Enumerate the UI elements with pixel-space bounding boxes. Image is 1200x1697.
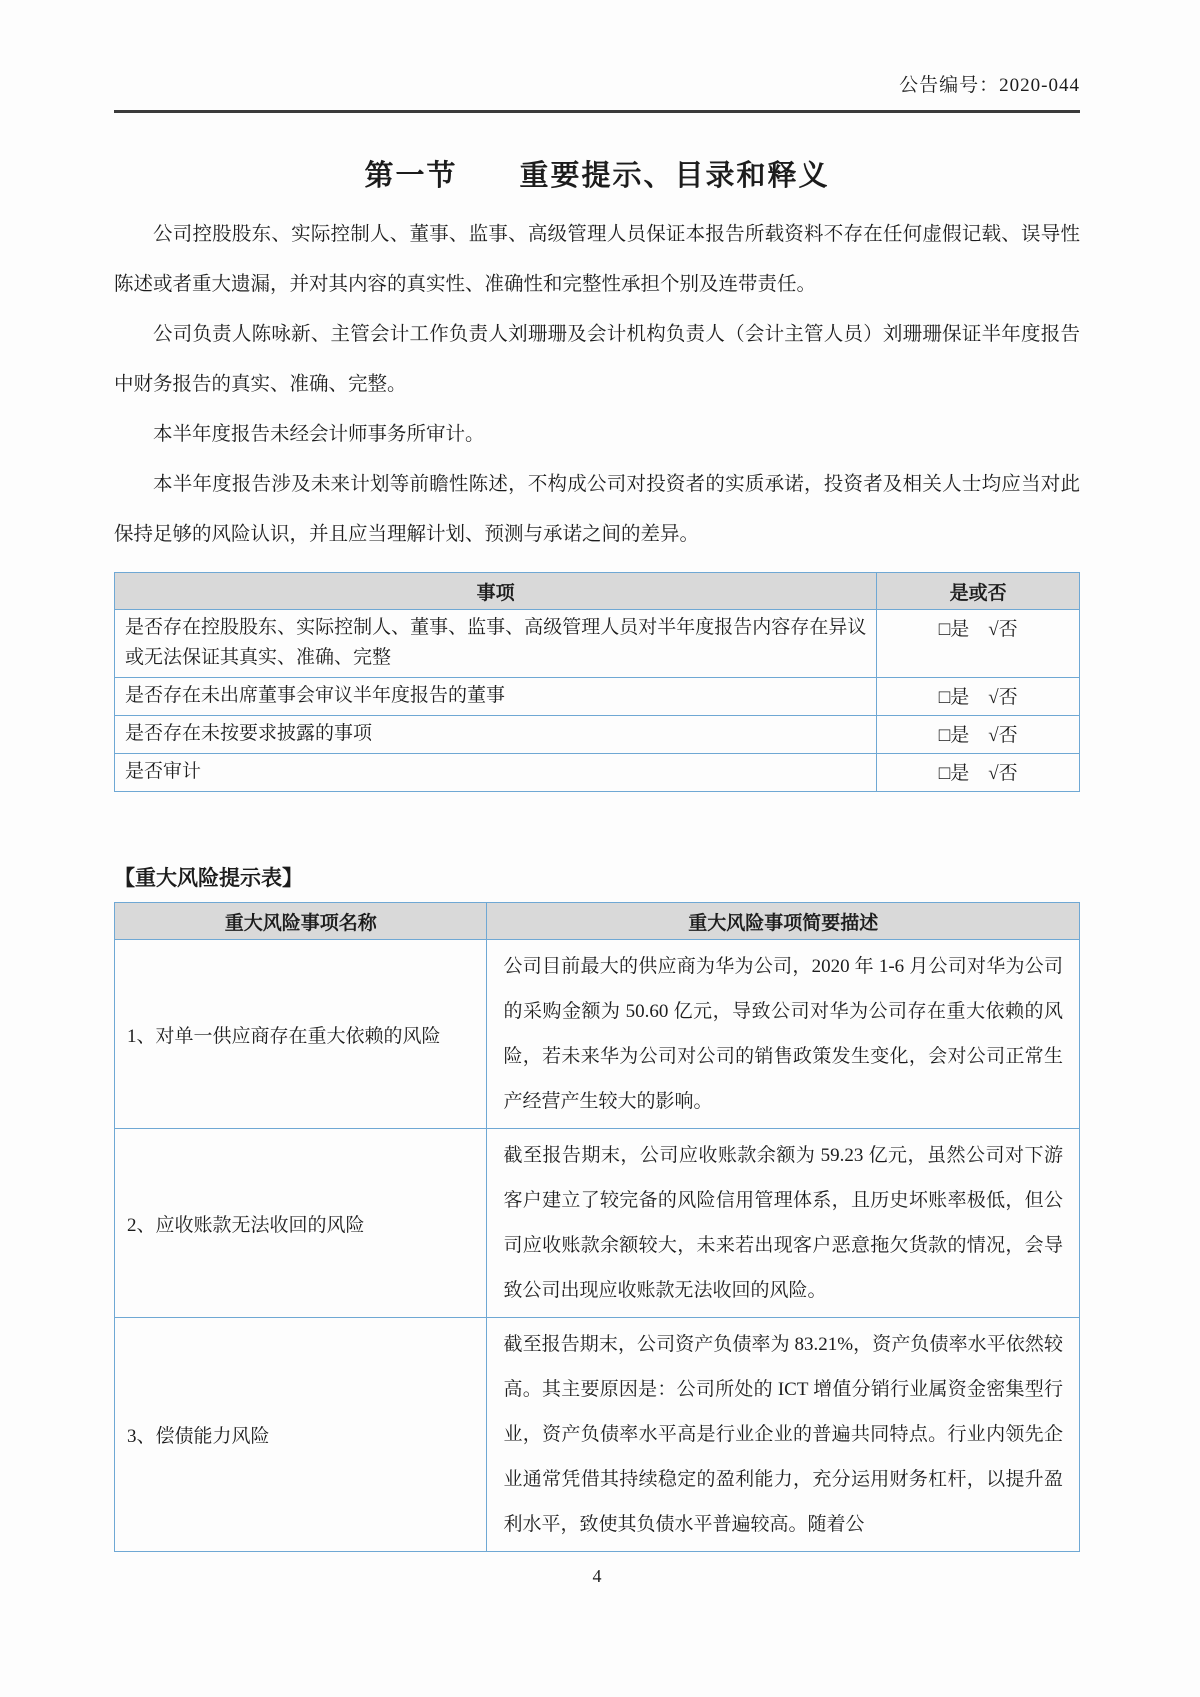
risk-name: 1、对单一供应商存在重大依赖的风险	[115, 940, 487, 1129]
intro-paragraphs: 公司控股股东、实际控制人、董事、监事、高级管理人员保证本报告所载资料不存在任何虚…	[114, 210, 1080, 560]
paragraph-directors-guarantee: 公司控股股东、实际控制人、董事、监事、高级管理人员保证本报告所载资料不存在任何虚…	[114, 210, 1080, 310]
table-row: 3、偿债能力风险 截至报告期末，公司资产负债率为 83.21%，资产负债率水平依…	[115, 1318, 1080, 1552]
paragraph-responsible-persons: 公司负责人陈咏新、主管会计工作负责人刘珊珊及会计机构负责人（会计主管人员）刘珊珊…	[114, 310, 1080, 410]
table-row: 是否存在控股股东、实际控制人、董事、监事、高级管理人员对半年度报告内容存在异议或…	[115, 610, 1080, 678]
statement-table-header-row: 事项 是或否	[115, 573, 1080, 610]
risk-description: 截至报告期末，公司应收账款余额为 59.23 亿元，虽然公司对下游客户建立了较完…	[487, 1129, 1080, 1318]
statement-answer: □是 √否	[877, 678, 1080, 716]
statement-item: 是否存在未出席董事会审议半年度报告的董事	[115, 678, 877, 716]
statement-table-section: 事项 是或否 是否存在控股股东、实际控制人、董事、监事、高级管理人员对半年度报告…	[114, 572, 1080, 792]
table-row: 是否存在未按要求披露的事项 □是 √否	[115, 716, 1080, 754]
risk-name: 2、应收账款无法收回的风险	[115, 1129, 487, 1318]
paragraph-unaudited: 本半年度报告未经会计师事务所审计。	[114, 410, 1080, 460]
column-header-risk-description: 重大风险事项简要描述	[487, 903, 1080, 940]
statement-item: 是否存在控股股东、实际控制人、董事、监事、高级管理人员对半年度报告内容存在异议或…	[115, 610, 877, 678]
table-row: 是否审计 □是 √否	[115, 754, 1080, 792]
statement-item: 是否审计	[115, 754, 877, 792]
statement-answer: □是 √否	[877, 716, 1080, 754]
page-title: 第一节 重要提示、目录和释义	[114, 153, 1080, 194]
risk-table-section: 重大风险事项名称 重大风险事项简要描述 1、对单一供应商存在重大依赖的风险 公司…	[114, 902, 1080, 1552]
statement-table: 事项 是或否 是否存在控股股东、实际控制人、董事、监事、高级管理人员对半年度报告…	[114, 572, 1080, 792]
column-header-item: 事项	[115, 573, 877, 610]
statement-answer: □是 √否	[877, 754, 1080, 792]
statement-item: 是否存在未按要求披露的事项	[115, 716, 877, 754]
risk-description: 公司目前最大的供应商为华为公司，2020 年 1-6 月公司对华为公司的采购金额…	[487, 940, 1080, 1129]
risk-description: 截至报告期末，公司资产负债率为 83.21%，资产负债率水平依然较高。其主要原因…	[487, 1318, 1080, 1552]
doc-number: 公告编号：2020-044	[899, 75, 1080, 96]
paragraph-forward-looking: 本半年度报告涉及未来计划等前瞻性陈述，不构成公司对投资者的实质承诺，投资者及相关…	[114, 460, 1080, 560]
table-row: 是否存在未出席董事会审议半年度报告的董事 □是 √否	[115, 678, 1080, 716]
page-number: 4	[114, 1566, 1080, 1587]
document-page: 公告编号：2020-044 第一节 重要提示、目录和释义 公司控股股东、实际控制…	[0, 0, 1200, 1587]
statement-answer: □是 √否	[877, 610, 1080, 678]
risk-section-heading: 【重大风险提示表】	[114, 862, 1080, 892]
risk-table-header-row: 重大风险事项名称 重大风险事项简要描述	[115, 903, 1080, 940]
risk-name: 3、偿债能力风险	[115, 1318, 487, 1552]
header-rule	[114, 110, 1080, 113]
table-row: 2、应收账款无法收回的风险 截至报告期末，公司应收账款余额为 59.23 亿元，…	[115, 1129, 1080, 1318]
column-header-yes-no: 是或否	[877, 573, 1080, 610]
table-row: 1、对单一供应商存在重大依赖的风险 公司目前最大的供应商为华为公司，2020 年…	[115, 940, 1080, 1129]
risk-table: 重大风险事项名称 重大风险事项简要描述 1、对单一供应商存在重大依赖的风险 公司…	[114, 902, 1080, 1552]
column-header-risk-name: 重大风险事项名称	[115, 903, 487, 940]
